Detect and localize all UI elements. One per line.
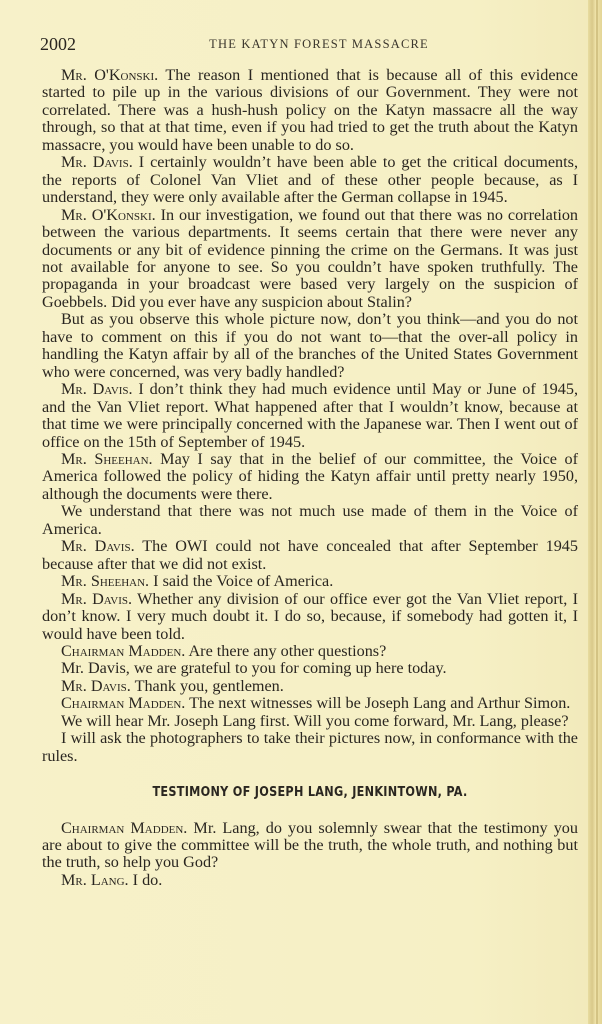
- speaker-name: Mr. Davis.: [61, 590, 132, 608]
- paragraph: We will hear Mr. Joseph Lang first. Will…: [42, 713, 578, 730]
- paragraph: But as you observe this whole picture no…: [42, 311, 578, 381]
- speaker-name: Mr. Lang.: [61, 871, 129, 889]
- speaker-name: Mr. Davis.: [61, 677, 131, 695]
- speaker-name: Mr. Davis.: [61, 537, 135, 555]
- speaker-name: Mr. Davis.: [61, 153, 133, 171]
- speaker-name: Mr. Sheehan.: [61, 450, 153, 468]
- paragraph-text: I do.: [129, 871, 163, 889]
- paragraph: Mr. Davis. The OWI could not have concea…: [42, 538, 578, 573]
- paragraph-text: Are there any other questions?: [185, 642, 386, 660]
- running-title: THE KATYN FOREST MASSACRE: [40, 37, 578, 52]
- paragraph-text: I said the Voice of America.: [149, 572, 333, 590]
- paragraph-text: I will ask the photographers to take the…: [42, 729, 578, 764]
- paragraph: Chairman Madden. Are there any other que…: [42, 643, 578, 660]
- paragraph-text: Mr. Davis, we are grateful to you for co…: [61, 659, 447, 677]
- paragraph: Mr. O'Konski. The reason I mentioned tha…: [42, 67, 578, 154]
- binding-line: [596, 0, 598, 1024]
- paragraph: Mr. Davis. I certainly wouldn’t have bee…: [42, 154, 578, 206]
- speaker-name: Mr. Sheehan.: [61, 572, 149, 590]
- paragraph-text: We understand that there was not much us…: [42, 502, 578, 537]
- speaker-name: Mr. O'Konski.: [61, 66, 158, 84]
- paragraph: Mr. Lang. I do.: [42, 872, 578, 889]
- paragraph-text: We will hear Mr. Joseph Lang first. Will…: [61, 712, 569, 730]
- speaker-name: Chairman Madden.: [61, 819, 187, 837]
- speaker-name: Chairman Madden.: [61, 694, 185, 712]
- paragraph: Mr. Sheehan. I said the Voice of America…: [42, 573, 578, 590]
- page-header: 2002 THE KATYN FOREST MASSACRE: [40, 34, 578, 54]
- paragraph: Mr. Davis, we are grateful to you for co…: [42, 660, 578, 677]
- paragraph: Mr. Sheehan. May I say that in the belie…: [42, 451, 578, 503]
- page-binding-edge: [588, 0, 602, 1024]
- paragraph-text: Thank you, gentlemen.: [131, 677, 284, 695]
- paragraph: Mr. Davis. I don’t think they had much e…: [42, 381, 578, 451]
- document-page: 2002 THE KATYN FOREST MASSACRE Mr. O'Kon…: [0, 0, 588, 1024]
- paragraph: Mr. Davis. Whether any division of our o…: [42, 591, 578, 643]
- paragraph: I will ask the photographers to take the…: [42, 730, 578, 765]
- paragraph: Chairman Madden. The next witnesses will…: [42, 695, 578, 712]
- paragraph: Mr. O'Konski. In our investigation, we f…: [42, 207, 578, 312]
- speaker-name: Mr. O'Konski.: [61, 206, 156, 224]
- paragraph-text: But as you observe this whole picture no…: [42, 310, 578, 380]
- speaker-name: Chairman Madden.: [61, 642, 185, 660]
- paragraph: Chairman Madden. Mr. Lang, do you solemn…: [42, 820, 578, 872]
- paragraph: Mr. Davis. Thank you, gentlemen.: [42, 678, 578, 695]
- speaker-name: Mr. Davis.: [61, 380, 133, 398]
- paragraph: We understand that there was not much us…: [42, 503, 578, 538]
- section-heading: TESTIMONY OF JOSEPH LANG, JENKINTOWN, PA…: [63, 784, 556, 801]
- body-text: Mr. O'Konski. The reason I mentioned tha…: [42, 67, 578, 889]
- paragraph-text: The next witnesses will be Joseph Lang a…: [185, 694, 570, 712]
